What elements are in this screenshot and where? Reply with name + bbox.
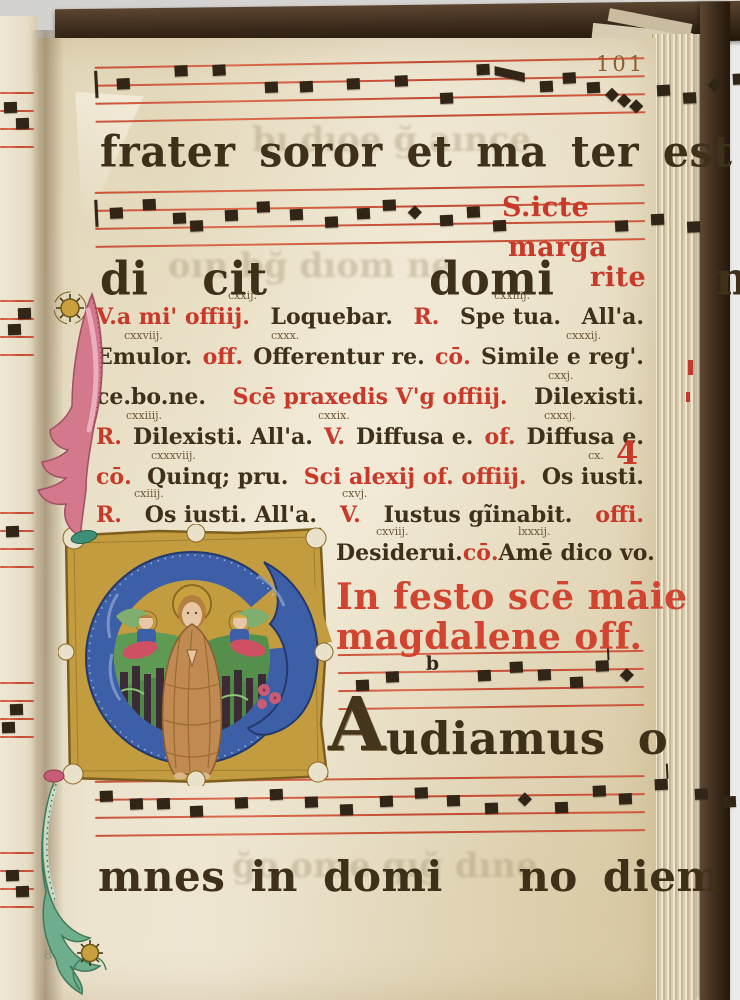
manuscript-photograph: bı dıoe ğ aınceoın bğ dıom neğo ome qığ … [0,0,740,1000]
historiated-initial-magdalene [58,524,334,786]
pink-acanthus-ornament [26,290,128,546]
facing-stave-fragment [0,682,34,742]
neume [6,870,19,881]
cadel-initial-a: A [328,692,386,759]
feast-heading-line1: In festo scē māie [336,576,688,618]
pink-knot [44,770,64,782]
chant-text-omnes: mnes in domi no diem [98,852,721,901]
neume [6,526,19,537]
fore-edge-red-mark [688,360,693,375]
fore-edge-red-mark [686,392,690,402]
sun-ornament-top [56,294,84,322]
chant-text-frater: frater soror et ma ter est [100,127,732,177]
stave-line [0,92,34,94]
green-acanthus-ornament [24,764,140,998]
margin-rubric-rite: rite [590,262,646,293]
neume [10,704,23,715]
neume [2,722,15,733]
stave-line [0,566,34,568]
margin-rubric-sancte: S.icte [502,192,589,223]
stave-line [0,718,34,720]
neume [8,324,21,335]
neume [733,73,740,85]
feast-heading-line2: magdalene off. [336,616,643,658]
stave-line [0,736,34,738]
neume [4,102,17,113]
neume [16,118,29,129]
stave-line [0,682,34,684]
folio-number: 101 [596,52,645,76]
stave-line [0,146,34,148]
chant-text-audiamus: udiamus o [386,712,668,765]
facing-stave-fragment [0,92,34,152]
stave-line [0,700,34,702]
quire-mark: 4 [616,434,639,472]
stave-line [0,548,34,550]
